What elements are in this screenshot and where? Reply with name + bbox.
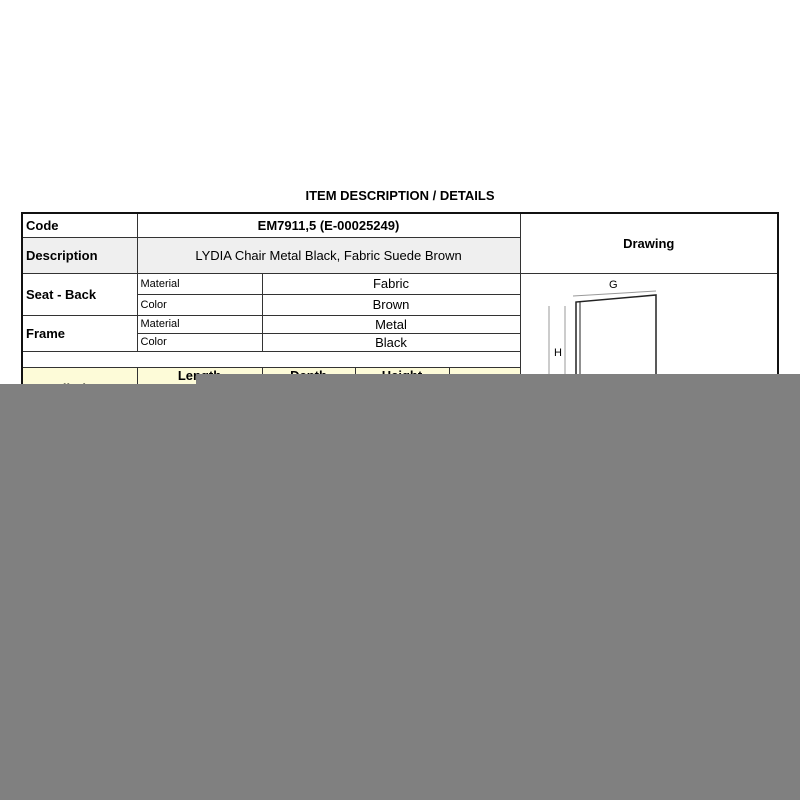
frame-label: Frame <box>22 315 137 351</box>
code-label: Code <box>22 213 137 237</box>
frame-color-value: Black <box>262 333 520 351</box>
occluding-overlay <box>0 384 800 800</box>
frame-material-label: Material <box>137 315 262 333</box>
seat-back-color-label: Color <box>137 294 262 315</box>
seat-back-material-row: Seat - Back Material Fabric G H <box>22 273 778 294</box>
item-details-table: Code EM7911,5 (E-00025249) Drawing Descr… <box>21 212 779 398</box>
dimension-h-label: H <box>554 347 562 359</box>
dimension-g-label: G <box>609 279 618 291</box>
document-title: ITEM DESCRIPTION / DETAILS <box>0 188 800 203</box>
drawing-header: Drawing <box>520 213 778 273</box>
code-value: EM7911,5 (E-00025249) <box>137 213 520 237</box>
seat-back-material-label: Material <box>137 273 262 294</box>
frame-color-label: Color <box>137 333 262 351</box>
code-row: Code EM7911,5 (E-00025249) Drawing <box>22 213 778 237</box>
seat-back-material-value: Fabric <box>262 273 520 294</box>
description-value: LYDIA Chair Metal Black, Fabric Suede Br… <box>137 237 520 273</box>
occluding-overlay-top <box>196 374 800 384</box>
frame-material-value: Metal <box>262 315 520 333</box>
seat-back-color-value: Brown <box>262 294 520 315</box>
seat-back-label: Seat - Back <box>22 273 137 315</box>
spacer-cell <box>22 351 520 367</box>
description-label: Description <box>22 237 137 273</box>
